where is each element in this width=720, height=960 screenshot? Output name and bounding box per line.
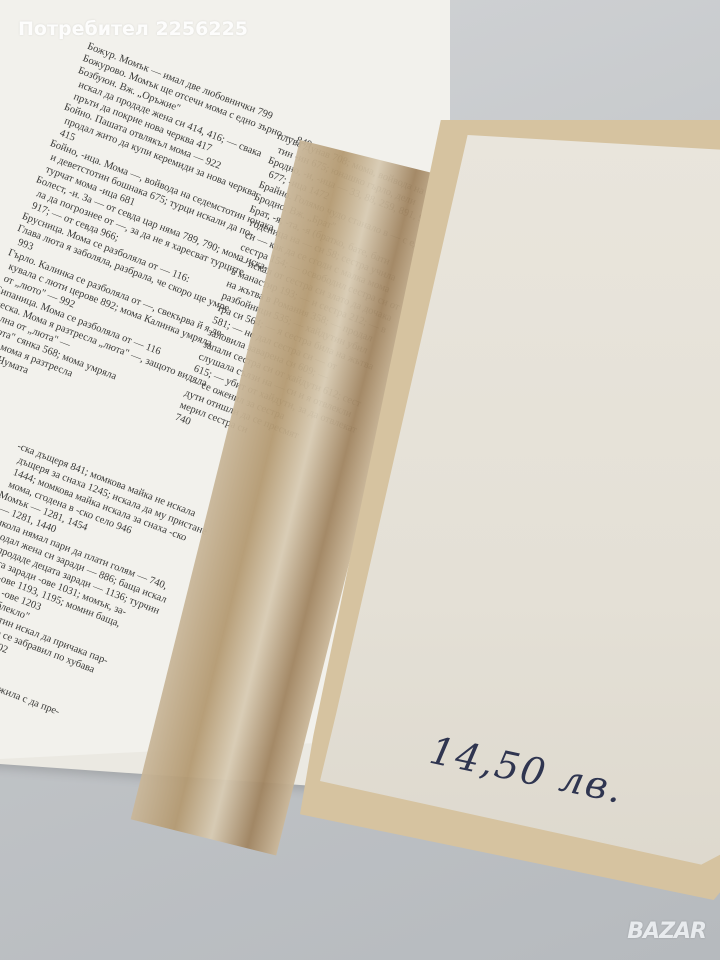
- bazar-logo: BAZAR: [627, 919, 706, 944]
- user-watermark: Потребител 2256225: [18, 18, 248, 40]
- book-photo: 1373; 1428; тиче — й 14 довеждат на поча…: [0, 0, 720, 960]
